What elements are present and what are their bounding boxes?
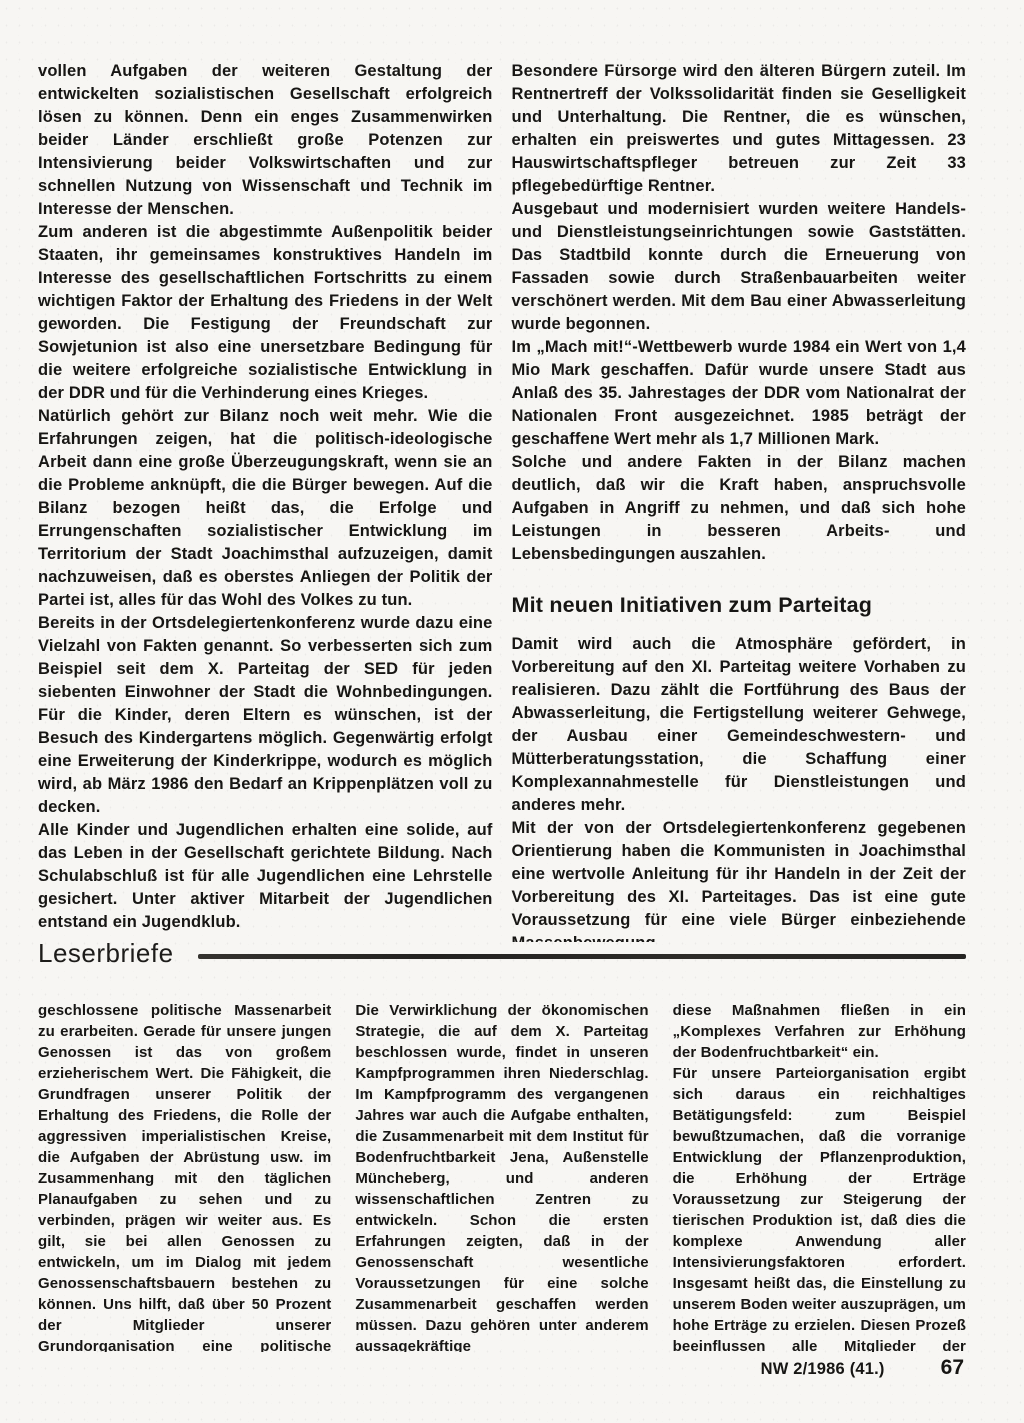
article-left-column: vollen Aufgaben der weiteren Gestaltung … [38,60,493,942]
article-paragraph: Zum anderen ist die abgestimmte Außenpol… [38,221,493,405]
article-paragraph: Mit der von der Ortsdelegiertenkonferenz… [512,817,967,942]
article-paragraph: vollen Aufgaben der weiteren Gestaltung … [38,60,493,221]
leserbriefe-header: Leserbriefe [38,938,966,969]
letter-column-1: geschlossene politische Massenarbeit zu … [38,1000,331,1352]
leserbriefe-section: geschlossene politische Massenarbeit zu … [38,1000,966,1352]
page-number: 67 [941,1356,964,1380]
article-paragraph: Damit wird auch die Atmosphäre gefördert… [512,633,967,817]
article-right-column: Besondere Fürsorge wird den älteren Bürg… [512,60,967,942]
leserbriefe-divider-rule [198,954,966,959]
letter-column-2: Die Verwirklichung der ökonomischen Stra… [355,1000,648,1352]
letter-paragraph: Die Verwirklichung der ökonomischen Stra… [355,1000,648,1352]
article-paragraph: Natürlich gehört zur Bilanz noch weit me… [38,405,493,612]
article-paragraph: Im „Mach mit!“-Wettbewerb wurde 1984 ein… [512,336,967,451]
page-footer: NW 2/1986 (41.) 67 [761,1356,964,1380]
letter-column-3: diese Maßnahmen fließen in ein „Komplexe… [673,1000,966,1352]
letter-paragraph: diese Maßnahmen fließen in ein „Komplexe… [673,1000,966,1063]
article-subheading: Mit neuen Initiativen zum Parteitag [512,566,967,633]
letter-paragraph: Für unsere Parteiorganisation ergibt sic… [673,1063,966,1352]
article-paragraph: Besondere Fürsorge wird den älteren Bürg… [512,60,967,198]
issue-label: NW 2/1986 (41.) [761,1360,885,1379]
article-section: vollen Aufgaben der weiteren Gestaltung … [38,60,966,942]
article-paragraph: Ausgebaut und modernisiert wurden weiter… [512,198,967,336]
magazine-page: vollen Aufgaben der weiteren Gestaltung … [0,0,1024,1423]
article-paragraph: Alle Kinder und Jugendlichen erhalten ei… [38,819,493,934]
letter-paragraph: geschlossene politische Massenarbeit zu … [38,1000,331,1352]
article-paragraph: Solche und andere Fakten in der Bilanz m… [512,451,967,566]
article-paragraph: Bereits in der Ortsdelegiertenkonferenz … [38,612,493,819]
leserbriefe-title: Leserbriefe [38,938,174,969]
